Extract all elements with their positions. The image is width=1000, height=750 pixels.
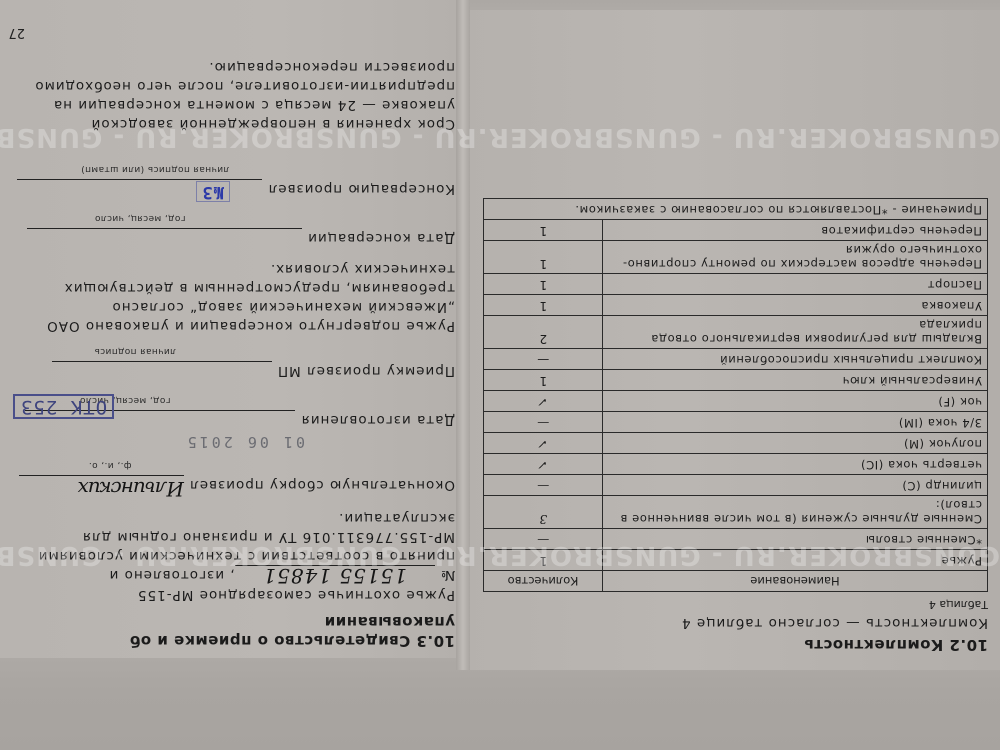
photo-stage: 10.2 Комплектность Комплектность — согла… — [0, 0, 1000, 750]
row-name: Перечень адресов мастерских по ремонту с… — [603, 241, 988, 274]
row-quantity: 1 — [484, 220, 603, 241]
table-row: чок (F)✓ — [484, 391, 988, 412]
row-quantity: ✓ — [484, 454, 603, 475]
row-quantity: ✓ — [484, 433, 603, 454]
acceptance-line — [52, 361, 272, 362]
assembly-label: Окончательную сборку произвел — [189, 477, 455, 493]
row-name: Универсальный ключ — [603, 370, 988, 391]
row-quantity: 1 — [484, 274, 603, 295]
date-stamp: 01 06 2015 — [15, 433, 305, 451]
assembly-signature: Ильинских — [78, 477, 183, 501]
row-name: Перечень сертификатов — [603, 220, 988, 241]
completeness-table: Наименование Количество Ружье1*Сменные с… — [483, 198, 988, 592]
table-note-row: Примечание - *Поставляются по согласован… — [484, 199, 988, 220]
row-name: Вкладыш для регулировки вертикального от… — [603, 316, 988, 349]
assembly-signature-line: Ильинских — [19, 475, 184, 498]
conservation-date-caption: год, месяц, число — [15, 208, 265, 227]
conservation-stamp: №3 — [196, 181, 230, 202]
heading-10-2: 10.2 Комплектность — [483, 636, 988, 654]
page-number: 27 — [8, 25, 25, 40]
acceptance-caption: личная подпись — [15, 341, 255, 360]
row-quantity: — — [484, 475, 603, 496]
conservation-date-label: Дата консервации — [307, 230, 455, 246]
conservation-date-line — [27, 228, 302, 229]
table-row: Перечень сертификатов1 — [484, 220, 988, 241]
row-name: Сменные дульные сужения (в том числе вви… — [603, 496, 988, 529]
col-header-name: Наименование — [603, 571, 988, 592]
row-name: Паспорт — [603, 274, 988, 295]
row-quantity: — — [484, 412, 603, 433]
conservation-by-field: Консервацию произвел личная подпись (или… — [15, 159, 455, 198]
otk-stamp: ОТК 253 — [13, 394, 114, 419]
row-quantity: — — [484, 349, 603, 370]
row-quantity: 3 — [484, 496, 603, 529]
table-row: Комплект прицельных приспособлений— — [484, 349, 988, 370]
table-row: Универсальный ключ1 — [484, 370, 988, 391]
row-quantity: 1 — [484, 295, 603, 316]
intro-text: Комплектность — согласно таблице 4 — [483, 613, 988, 632]
assembly-caption: ф., и., о. — [15, 455, 205, 474]
table-row: Паспорт1 — [484, 274, 988, 295]
row-quantity: 1 — [484, 370, 603, 391]
row-name: получок (M) — [603, 433, 988, 454]
section-10-2: 10.2 Комплектность Комплектность — согла… — [483, 198, 988, 654]
table-row: Перечень адресов мастерских по ремонту с… — [484, 241, 988, 274]
table-row: получок (M)✓ — [484, 433, 988, 454]
manufacture-date-label: Дата изготовления — [301, 412, 455, 428]
watermark-top: GUNSBROKER.RU - GUNSBROKER.RU - GUNSBROK… — [0, 540, 1000, 570]
heading-10-3: 10.3 Свидетельство о приемке и об упаков… — [15, 612, 455, 650]
row-name: Упаковка — [603, 295, 988, 316]
conservation-by-label: Консервацию произвел — [268, 181, 455, 197]
conservation-date-field: Дата консервации год, месяц, число — [15, 208, 455, 247]
packaging-paragraph: Ружье подвергнуто консервации и упакован… — [15, 259, 455, 335]
row-name: четверть чока (IC) — [603, 454, 988, 475]
acceptance-label: Приемку произвел МП — [277, 363, 455, 379]
manufacture-date-field: Дата изготовления год, месяц, число ОТК … — [15, 390, 455, 429]
table-row: Упаковка1 — [484, 295, 988, 316]
col-header-qty: Количество — [484, 571, 603, 592]
table-row: цилиндр (C)— — [484, 475, 988, 496]
row-quantity: 2 — [484, 316, 603, 349]
row-quantity: 1 — [484, 241, 603, 274]
row-name: чок (F) — [603, 391, 988, 412]
table-row: четверть чока (IC)✓ — [484, 454, 988, 475]
row-name: 3/4 чока (IM) — [603, 412, 988, 433]
acceptance-field: Приемку произвел МП личная подпись — [15, 341, 455, 380]
watermark-bottom: GUNSBROKER.RU - GUNSBROKER.RU - GUNSBROK… — [0, 122, 1000, 152]
conservation-by-line — [17, 179, 262, 180]
row-quantity: ✓ — [484, 391, 603, 412]
row-name: цилиндр (C) — [603, 475, 988, 496]
table-row: 3/4 чока (IM)— — [484, 412, 988, 433]
row-name: Комплект прицельных приспособлений — [603, 349, 988, 370]
table-caption: Таблица 4 — [483, 598, 988, 611]
table-note: Примечание - *Поставляются по согласован… — [484, 199, 988, 220]
conservation-by-caption: личная подпись (или штамп) — [15, 159, 295, 178]
table-row: Сменные дульные сужения (в том числе вви… — [484, 496, 988, 529]
table-row: Вкладыш для регулировки вертикального от… — [484, 316, 988, 349]
assembly-field: Окончательную сборку произвел Ильинских … — [15, 455, 455, 498]
